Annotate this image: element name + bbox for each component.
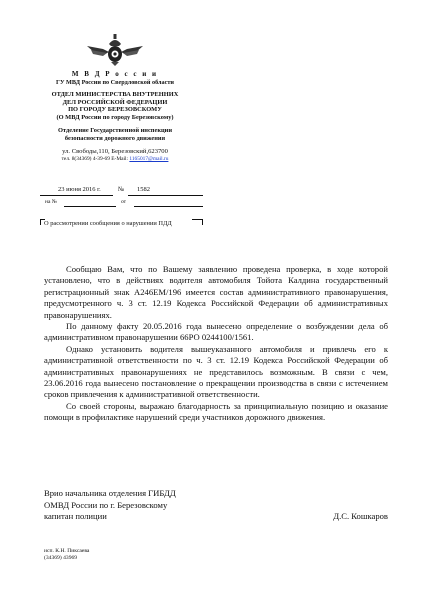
ministry-name: М В Д Р о с с и и [30, 70, 200, 79]
letter-body: Сообщаю Вам, что по Вашему заявлению про… [44, 264, 388, 424]
letter-date: 23 июня 2016 г. [58, 186, 101, 193]
body-paragraph: Сообщаю Вам, что по Вашему заявлению про… [44, 264, 388, 321]
body-paragraph: Однако установить водителя вышеуказанног… [44, 344, 388, 401]
body-paragraph: Со своей стороны, выражаю благодарность … [44, 401, 388, 424]
letterhead: М В Д Р о с с и и ГУ МВД России по Сверд… [30, 20, 200, 163]
reference-line: на № от [40, 198, 203, 208]
ref-number-blank [64, 206, 116, 207]
registration-date-number: 23 июня 2016 г. № 1582 [40, 186, 203, 196]
executor-name: исп. К.Н. Пиксаева [44, 548, 89, 555]
number-underline [128, 195, 203, 196]
contact-line: тел. 8(34369) 4-39-69 E-Mail: 1165017@ma… [30, 156, 200, 163]
subject-bracket-right [192, 219, 203, 225]
division-name: Отделение Государственной инспекции безо… [30, 127, 200, 143]
body-paragraph: По данному факту 20.05.2016 года вынесен… [44, 321, 388, 344]
signatory-position: Врио начальника отделения ГИБДД [44, 488, 388, 500]
department-name: ОТДЕЛ МИНИСТЕРСТВА ВНУТРЕННИХ ДЕЛ РОССИЙ… [30, 91, 200, 114]
executor-phone: (34369) 43969 [44, 555, 89, 562]
ref-number-label: на № [45, 199, 57, 205]
email-link[interactable]: 1165017@mail.ru [129, 156, 168, 162]
signature-block: Врио начальника отделения ГИБДД ОМВД Рос… [44, 488, 388, 523]
executor-info: исп. К.Н. Пиксаева (34369) 43969 [44, 548, 89, 562]
date-underline [40, 195, 113, 196]
subject-bracket-left [40, 219, 45, 225]
department-short-name: (О МВД России по городу Березовскому) [30, 114, 200, 122]
number-label: № [118, 186, 124, 193]
signatory-position: ОМВД России по г. Березовскому [44, 500, 388, 512]
letter-subject: О рассмотрении сообщения о нарушении ПДД [40, 219, 203, 228]
letter-number: 1582 [137, 186, 150, 193]
address: ул. Свободы,110, Березовский,623700 [30, 148, 200, 156]
ref-date-blank [134, 206, 203, 207]
signatory-name: Д.С. Кошкаров [333, 511, 388, 523]
ref-date-label: от [121, 199, 126, 205]
regional-directorate: ГУ МВД России по Свердловской области [30, 79, 200, 87]
mvd-emblem-icon [85, 32, 145, 66]
